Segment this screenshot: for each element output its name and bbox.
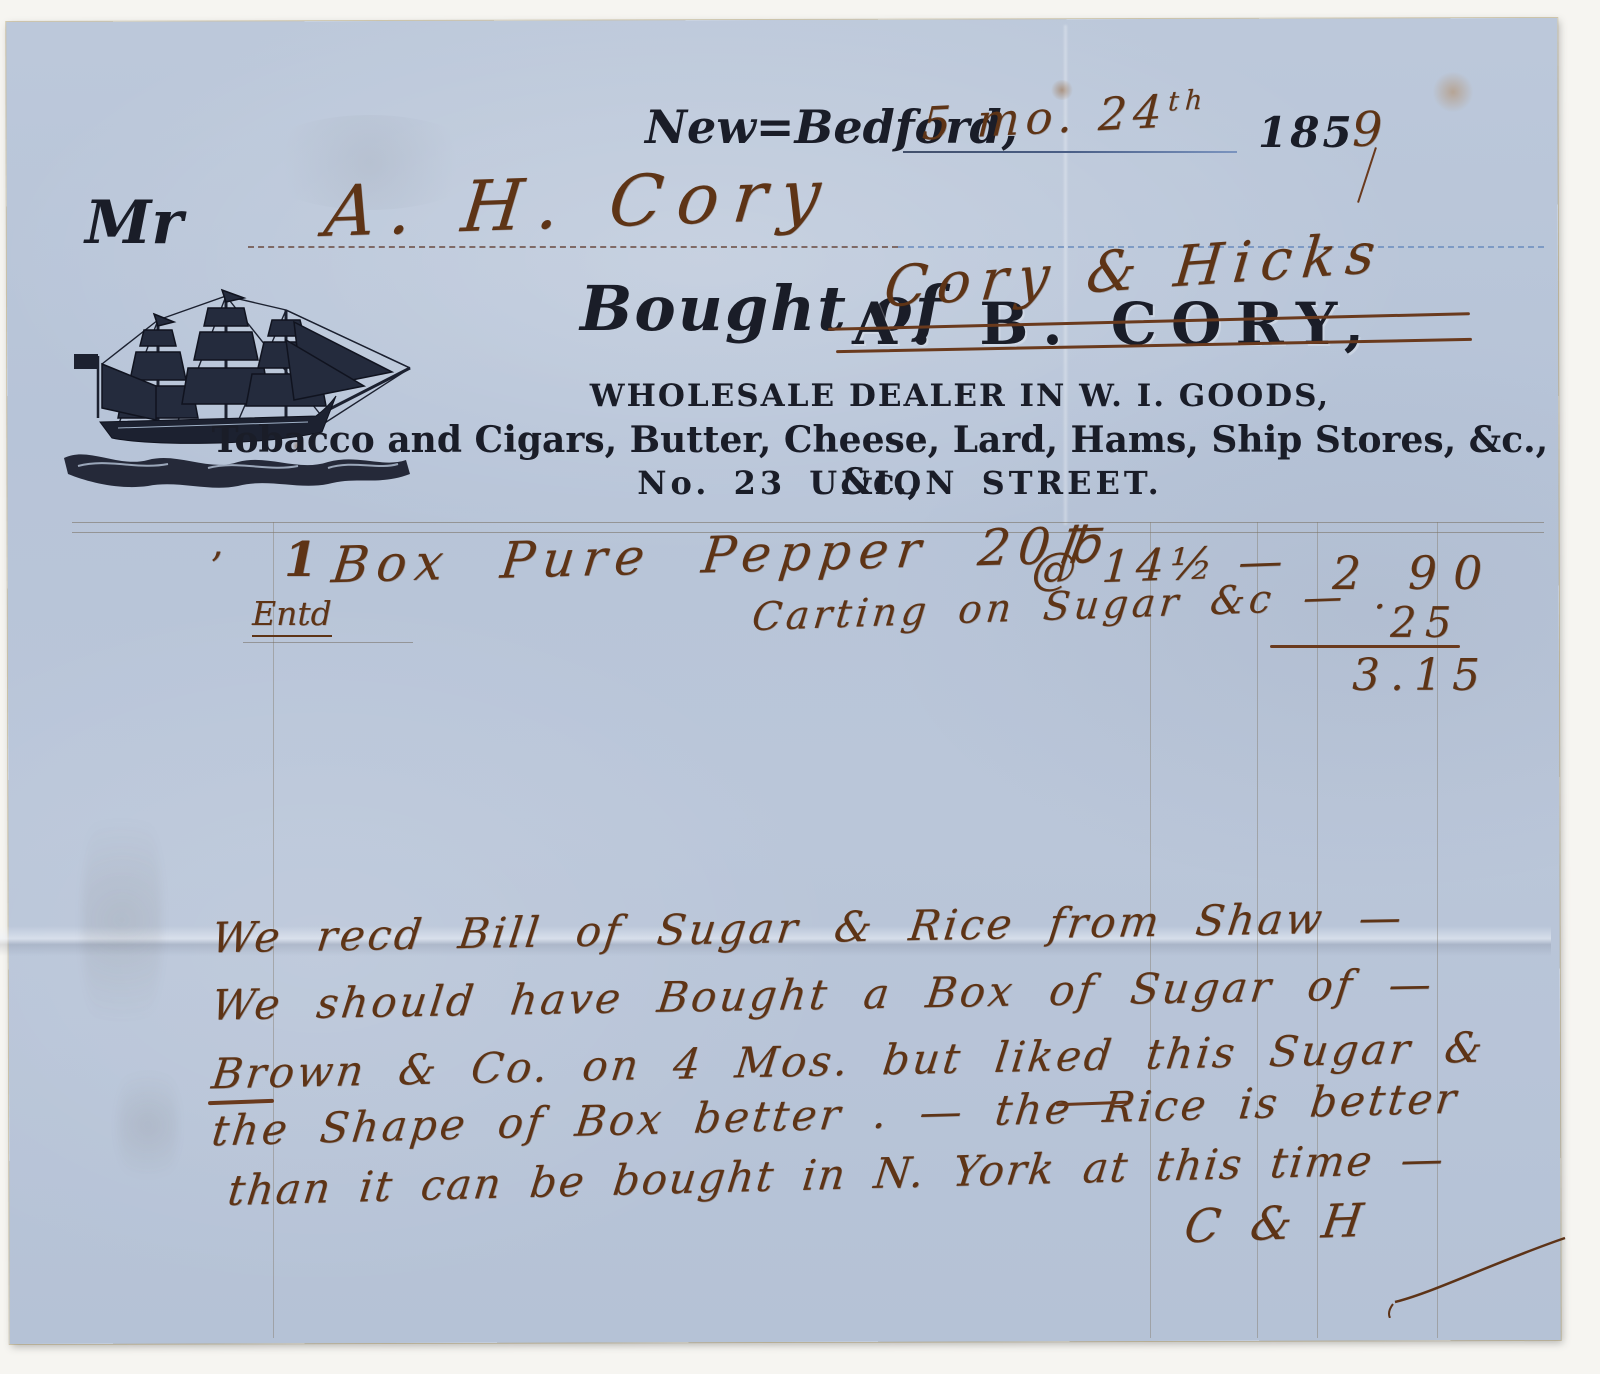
addressee-prefix: Mr (85, 188, 183, 258)
scanned-billhead-document: New=Bedford, 5 mo. 24th 185 9 Mr A. H. C… (0, 0, 1600, 1374)
item-check-mark: ’ (210, 545, 223, 591)
sum-line (1270, 645, 1460, 648)
total-amount: 3.15 (1352, 650, 1490, 701)
item-qty: 1 (284, 532, 317, 588)
item-amount: 25 (1390, 598, 1459, 647)
year-printed: 185 (1258, 108, 1355, 157)
ink-stroke-mark (1380, 1228, 1575, 1318)
pencil-line (243, 642, 413, 643)
date-suffix: th (1167, 84, 1209, 117)
date-underline (903, 151, 1237, 153)
year-handwritten: 9 (1352, 102, 1383, 158)
note-signature: C & H (1181, 1193, 1374, 1254)
entered-annotation: Entd (252, 594, 332, 637)
address-line: No. 23 UNION STREET. (400, 464, 1400, 502)
dealer-line: WHOLESALE DEALER IN W. I. GOODS, (520, 378, 1400, 414)
